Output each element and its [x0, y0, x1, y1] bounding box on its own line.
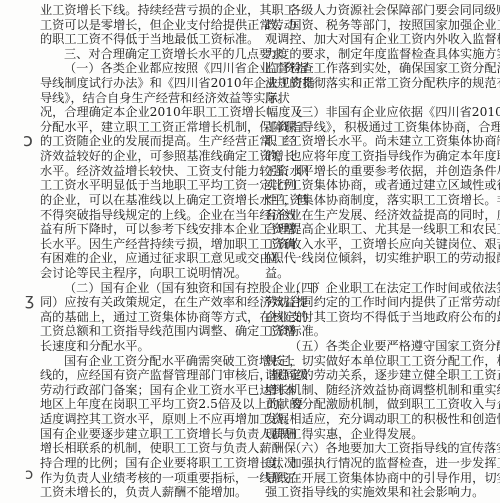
text-line: 企业支付其工资均不得低于当地政府公布的最低	[265, 310, 471, 325]
text-line: 贡献的分配激励机制，做到职工工资收入与企业	[265, 397, 471, 412]
text-line: 长速度和分配水平。	[40, 339, 246, 354]
text-line: 工工资水平明显低于当地职工平均工资一定比例	[40, 178, 246, 193]
text-line: （二）国有企业（国有独资和国有控股企业，下	[40, 281, 246, 296]
text-line: 会讨论等民主程序，向职工说明情况。	[40, 266, 246, 281]
text-line: 劳动合同约定的工作时间内提供了正常劳动的，	[265, 295, 471, 310]
text-line: （三）非国有企业应依据《四川省2010年企业	[265, 105, 471, 120]
margin-binding-mark: ↄ	[25, 466, 33, 482]
text-line: 谐稳定的劳动关系，逐步建立健全职工工资正常	[265, 368, 471, 383]
left-text-column: 业工资增长下线。持续经营亏损的企业，其职工工资可以是零增长，但企业支付给提供正常…	[40, 3, 246, 500]
text-line: 分配水平，建立职工工资正常增长机制，保障职工	[40, 120, 246, 135]
text-line: 各级人力资源社会保障部门要会同同级财	[265, 3, 471, 18]
document-page: ↄ ʒ ↄ 业工资增长下线。持续经营亏损的企业，其职工工资可以是零增长，但企业支…	[0, 0, 500, 503]
text-line: 职工工资增长水平。尚未建立工资集体协商制度	[265, 134, 471, 149]
text-line: 的，也应将年度工资指导线作为确定本年度职工	[265, 149, 471, 164]
text-line: 工资水平增长的重要参考依据，并创造条件尽快	[265, 164, 471, 179]
text-line: 长水平。因生产经营持续亏损，增加职工工资确	[40, 237, 246, 252]
right-text-column: 各级人力资源社会保障部门要会同同级财政、国资、税务等部门，按照国家加强企业工资宏…	[265, 3, 471, 500]
text-line: 力度的要求，制定年度监督检查具体实施方案，把	[265, 47, 471, 62]
text-line: （五）各类企业要严格遵守国家工资分配政策	[265, 339, 471, 354]
text-line: 度，加强执行情况的监督检查，进一步发挥工资指	[265, 456, 471, 471]
text-line: 监督检查工作落到实处，确保国家工资分配法律	[265, 61, 471, 76]
margin-binding-mark: ↄ	[23, 133, 33, 149]
text-line: 有企业在生产发展、经济效益提高的同时，应相应	[265, 208, 471, 223]
text-line: 的企业，可以在基准线以上确定工资增长水平，但	[40, 193, 246, 208]
text-line: 工资指导线》，积极通过工资集体协商，合理确定	[265, 120, 471, 135]
text-line: 工资标准。	[265, 324, 471, 339]
text-line: 国有企业工资分配水平确需突破工资增长上	[40, 354, 246, 369]
margin-binding-mark: ʒ	[25, 292, 34, 308]
section-heading: 三、对合理确定工资增长水平的几点要求	[40, 47, 246, 62]
text-line: 政、国资、税务等部门，按照国家加强企业工资宏	[265, 18, 471, 33]
text-line: 水平。经济效益增长较快、工资支付能力较强、职	[40, 164, 246, 179]
text-line: 导线制度试行办法》和《四川省2010年企业工资指	[40, 76, 246, 91]
text-line: 工资未增长的，负责人薪酬不能增加。	[40, 485, 246, 500]
text-line: 工资总额和工资指导线范围内调整、确定工资增	[40, 324, 246, 339]
text-line: 的工资随企业的发展而提高。生产经营正常、经	[40, 134, 246, 149]
text-line: 高的基础上，通过工资集体协商等方式，在核定的	[40, 310, 246, 325]
text-line: 工资可以是零增长，但企业支付给提供正常劳动	[40, 18, 246, 33]
text-line: 益。	[265, 266, 471, 281]
text-line: （一）各类企业都应按照《四川省企业工资指	[40, 61, 246, 76]
text-line: 增长机制、随经济效益协商调整机制和重实绩、重	[265, 383, 471, 398]
text-line: 有困难的企业，应通过征求职工意见或交由职代	[40, 251, 246, 266]
text-line: （六）各地要加大工资指导线的宣传落实力	[265, 441, 471, 456]
text-line: 规定，切实做好本单位职工工资分配工作，构建和	[265, 354, 471, 369]
text-line: 增长相联系的机制，使职工工资与负责人薪酬保	[40, 441, 246, 456]
text-line: 导线在开展工资集体协商中的引导作用，切实增	[265, 471, 471, 486]
text-line: 现职工得实惠，企业得发展。	[265, 427, 471, 442]
text-line: 持合理的比例；国有企业要将职工工资增长状况	[40, 456, 246, 471]
text-line: 性工资集体协商制度，落实职工工资增长。非国	[265, 193, 471, 208]
text-line: 实行工资集体协商，或者通过建立区域性或行业	[265, 178, 471, 193]
text-line: 劳动行政部门备案；国有企业工资水平已达到本	[40, 383, 246, 398]
text-line: 国有企业要逐步建立职工工资增长与负责人薪酬	[40, 427, 246, 442]
text-line: 序。	[265, 91, 471, 106]
text-line: 工资收入水平，工资增长应向关键岗位、艰苦岗	[265, 237, 471, 252]
text-line: 不得突破指导线规定的上线。企业在当年经济效	[40, 208, 246, 223]
text-line: 强工资指导线的实施效果和社会影响力。	[265, 485, 471, 500]
text-line: 作为负责人业绩考核的一项重要指标，一线职工	[40, 471, 246, 486]
text-line: （四）企业职工在法定工作时间或依法签订的	[265, 281, 471, 296]
text-line: 地区上年度在岗职工平均工资2.5倍及以上的，要	[40, 397, 246, 412]
text-line: 业工资增长下线。持续经营亏损的企业，其职工	[40, 3, 246, 18]
text-line: 发展相适应，充分调动职工的积极性和创造性，实	[265, 412, 471, 427]
text-line: 合理提高企业职工、尤其是一线职工和农民工的	[265, 222, 471, 237]
text-line: 线的，应经国有资产监督管理部门审核后，报同级	[40, 368, 246, 383]
text-line: 济效益较好的企业，可参照基准线确定工资增长	[40, 149, 246, 164]
text-line: 位、一线岗位倾斜，切实维护职工的劳动报酬权	[265, 251, 471, 266]
text-line: 观调控、加大对国有企业工资内外收入监督检查	[265, 32, 471, 47]
text-line: 法规的贯彻落实和正常工资分配秩序的规范有	[265, 76, 471, 91]
text-line: 况，合理确定本企业2010年职工工资增长幅度及	[40, 105, 246, 120]
text-line: 的职工工资不得低于当地最低工资标准。	[40, 32, 246, 47]
text-line: 导线》，结合自身生产经营和经济效益等实际状	[40, 91, 246, 106]
text-line: 适度调控其工资水平，原则上不应再增加工资。	[40, 412, 246, 427]
text-line: 同）应按有关政策规定，在生产效率和经济效益提	[40, 295, 246, 310]
text-line: 益有所下降时，可以参考下线安排本企业工资增	[40, 222, 246, 237]
